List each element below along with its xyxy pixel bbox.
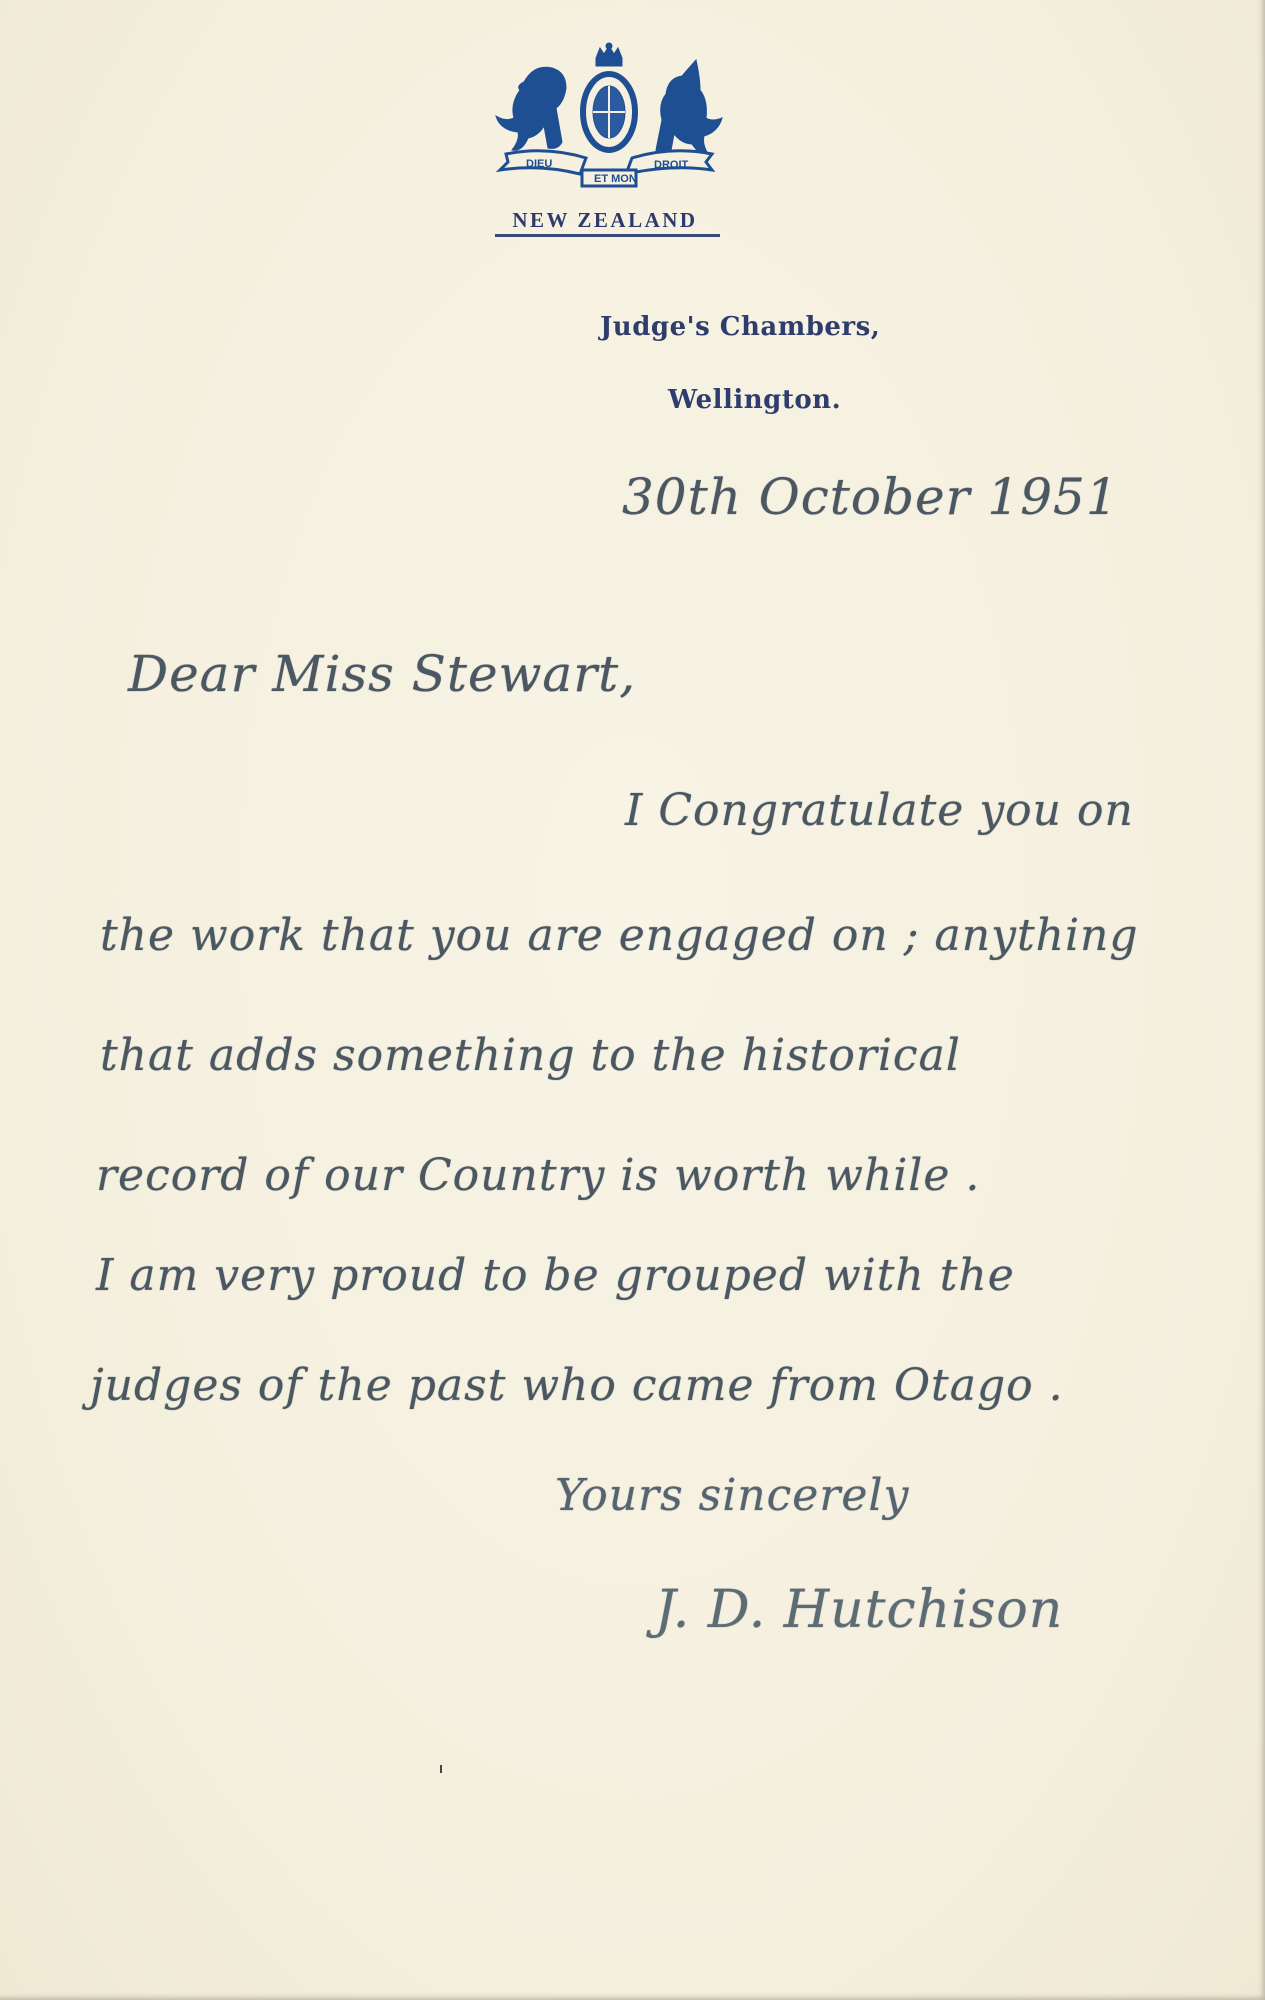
letter-body-line: record of our Country is worth while . <box>96 1150 980 1201</box>
royal-coat-of-arms-icon: DIEU ET MON DROIT <box>484 42 734 194</box>
letter-closing: Yours sincerely <box>555 1470 909 1521</box>
letter-body-line: I Congratulate you on <box>625 785 1134 836</box>
letter-signature: J. D. Hutchison <box>655 1580 1063 1640</box>
motto-dieu: DIEU <box>526 158 552 170</box>
paper-speck <box>440 1765 442 1773</box>
motto-et-mon: ET MON <box>594 173 637 185</box>
letterhead-office: Judge's Chambers, <box>600 312 880 342</box>
letter-salutation: Dear Miss Stewart, <box>128 645 636 703</box>
letter-body-line: judges of the past who came from Otago . <box>90 1360 1064 1411</box>
letterhead-city: Wellington. <box>668 385 841 415</box>
motto-droit: DROIT <box>654 159 689 171</box>
letter-body-line: that adds something to the historical <box>100 1030 961 1081</box>
letter-body-line: I am very proud to be grouped with the <box>96 1250 1015 1301</box>
letter-body-line: the work that you are engaged on ; anyth… <box>100 910 1139 961</box>
letter-page: DIEU ET MON DROIT NEW ZEALAND Judge's Ch… <box>0 0 1265 2000</box>
letterhead-country: NEW ZEALAND <box>470 208 740 233</box>
letterhead-underline <box>495 234 720 237</box>
letter-date: 30th October 1951 <box>622 468 1119 526</box>
